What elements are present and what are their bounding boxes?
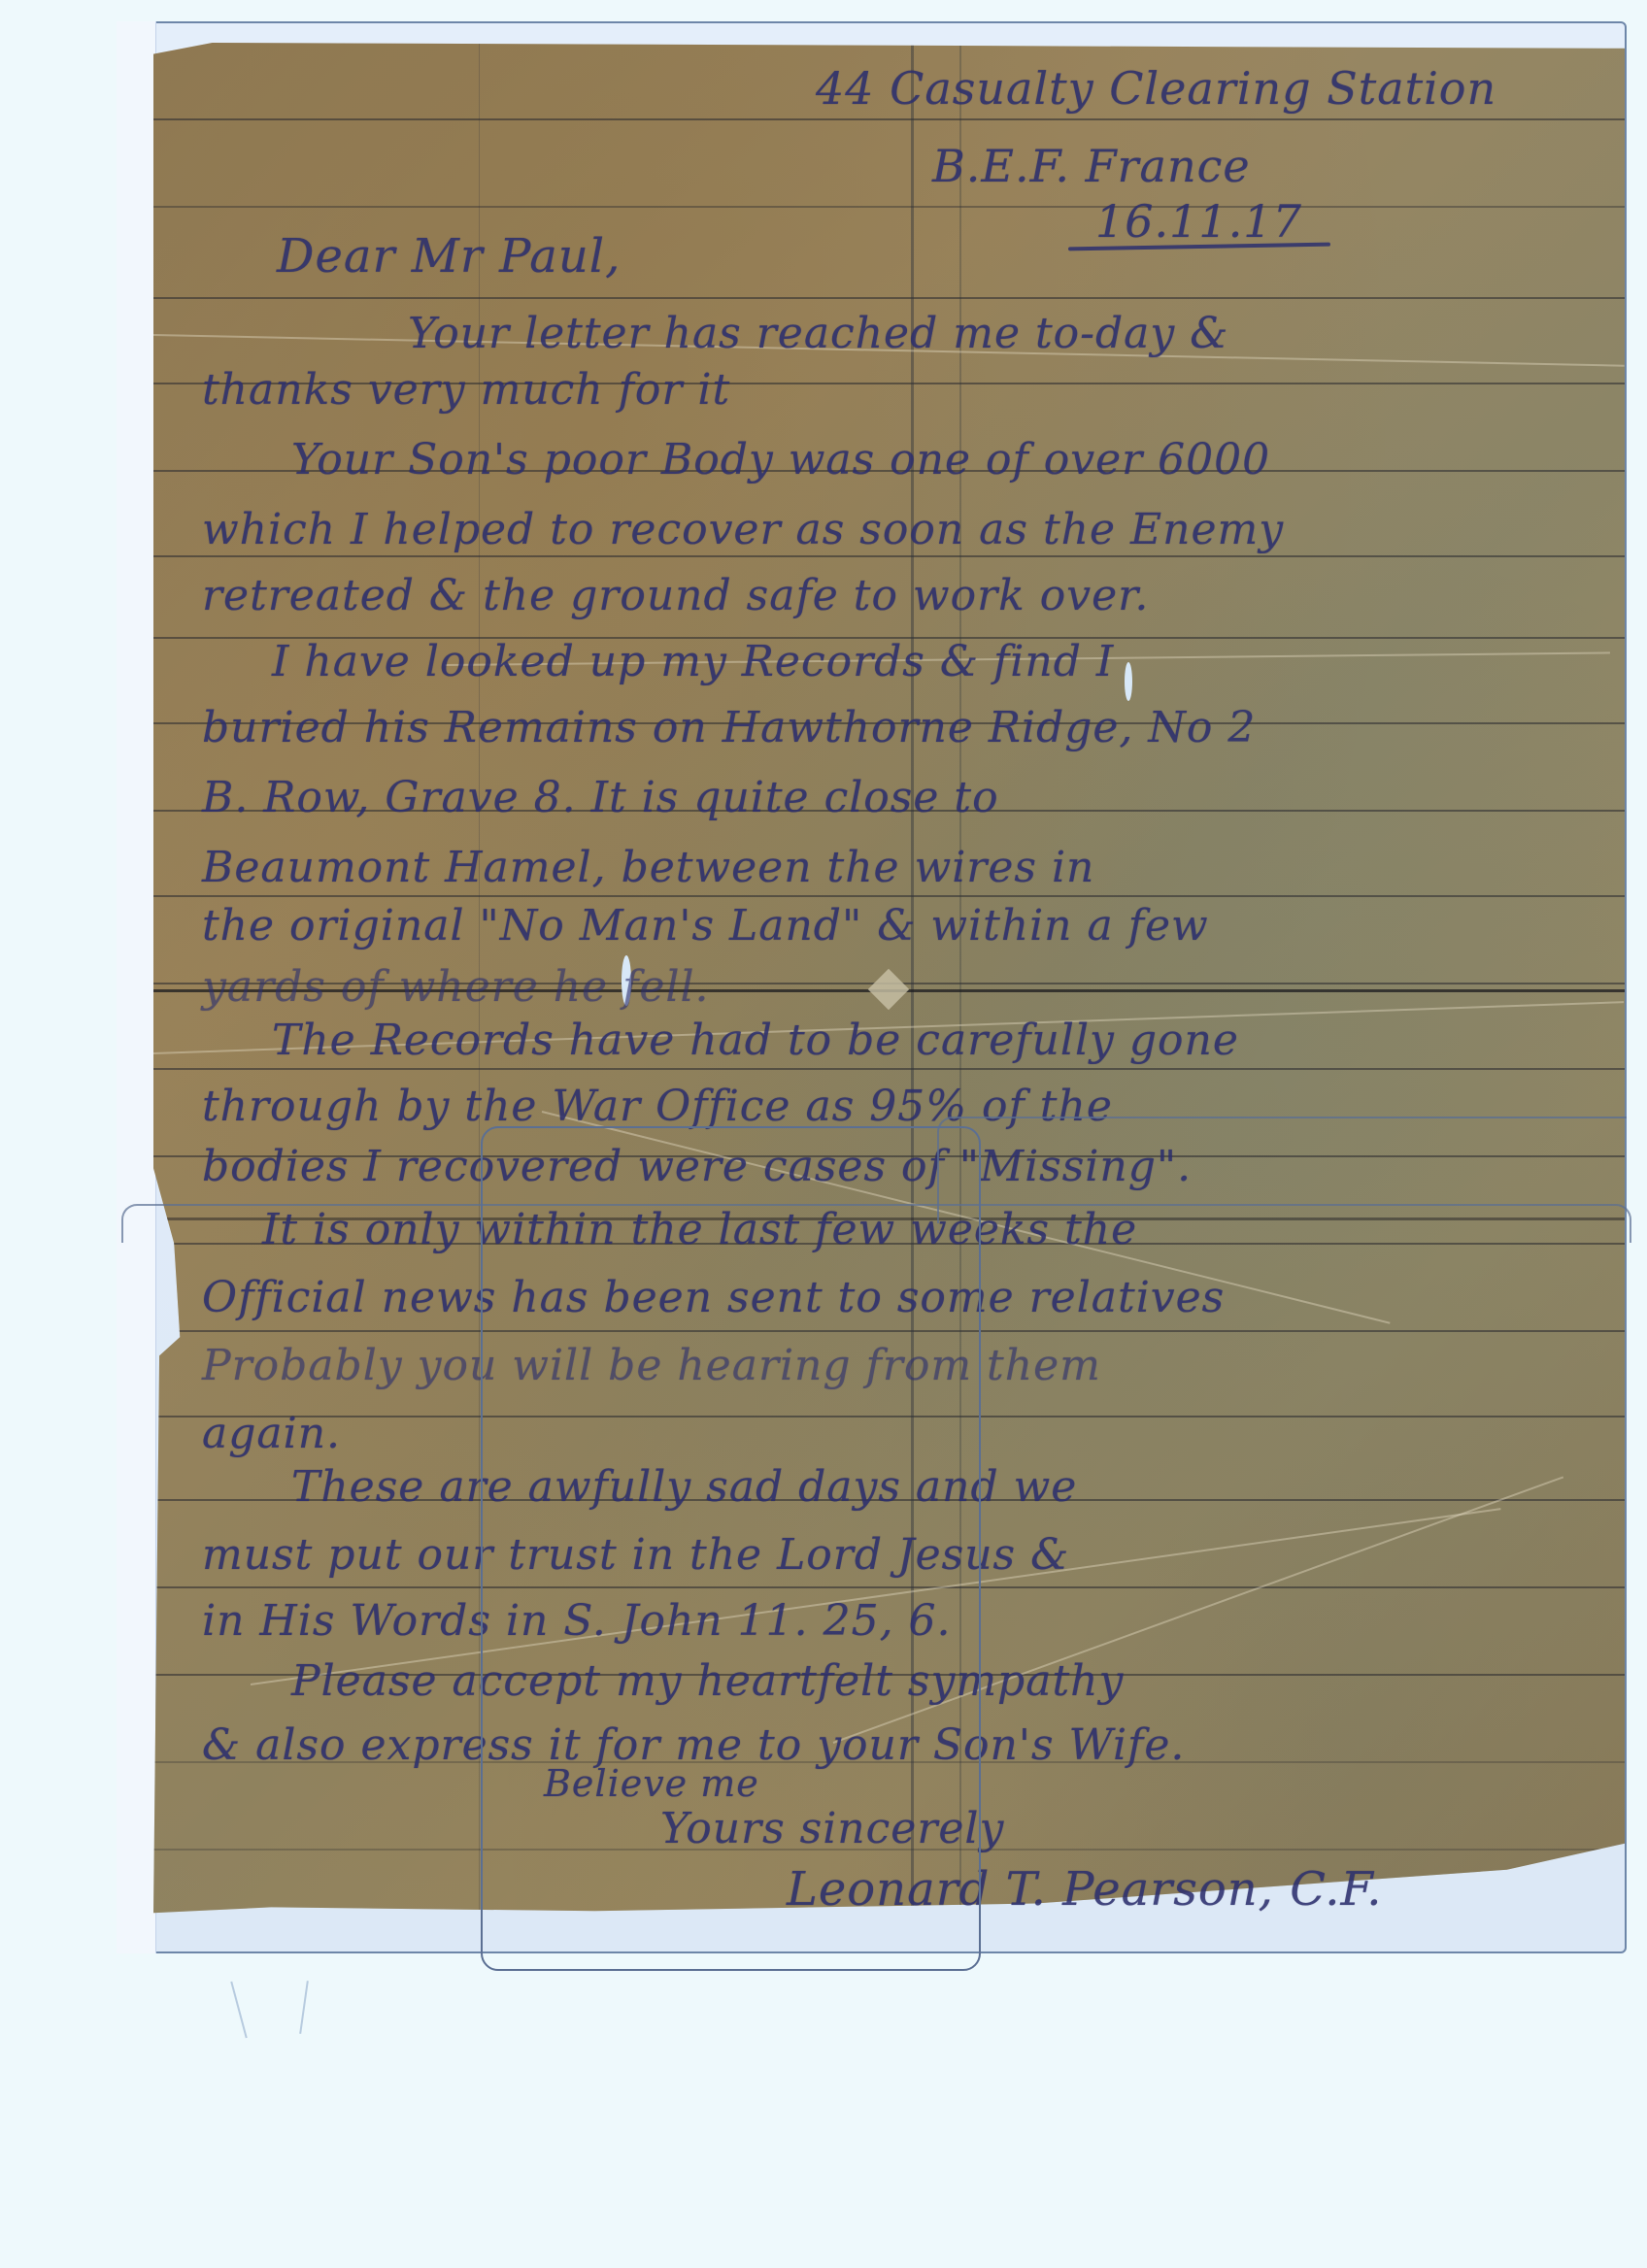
body-line: yards of where he fell.: [202, 966, 710, 1009]
closing-line: Believe me: [544, 1765, 759, 1802]
body-line: I have looked up my Records & find I: [272, 641, 1114, 684]
body-line: retreated & the ground safe to work over…: [202, 575, 1149, 617]
signature: Leonard T. Pearson, C.F.: [787, 1866, 1383, 1913]
header-unit: 44 Casualty Clearing Station: [816, 66, 1496, 111]
body-line: Your Son's poor Body was one of over 600…: [291, 439, 1270, 482]
body-line: the original "No Man's Land" & within a …: [202, 905, 1209, 948]
body-line: & also express it for me to your Son's W…: [202, 1724, 1185, 1767]
body-line: The Records have had to be carefully gon…: [272, 1019, 1239, 1062]
body-line: in His Words in S. John 11. 25, 6.: [202, 1600, 952, 1643]
body-line: Your letter has reached me to-day &: [408, 313, 1228, 355]
body-line: must put our trust in the Lord Jesus &: [202, 1534, 1069, 1577]
closing-line: Yours sincerely: [660, 1808, 1004, 1851]
body-line: Please accept my heartfelt sympathy: [291, 1660, 1124, 1703]
body-line: which I helped to recover as soon as the…: [202, 509, 1284, 551]
body-line: These are awfully sad days and we: [291, 1466, 1077, 1509]
body-line: B. Row, Grave 8. It is quite close to: [202, 777, 999, 819]
header-date: 16.11.17: [1095, 199, 1302, 244]
body-line: thanks very much for it: [202, 369, 730, 412]
sleeve-edge: [117, 21, 156, 1953]
body-line: Beaumont Hamel, between the wires in: [202, 847, 1094, 889]
body-line: buried his Remains on Hawthorne Ridge, N…: [202, 707, 1256, 750]
body-line: It is only within the last few weeks the: [262, 1209, 1137, 1251]
header-location: B.E.F. France: [932, 144, 1251, 188]
body-line: Official news has been sent to some rela…: [202, 1277, 1225, 1319]
body-line: again.: [202, 1413, 341, 1455]
body-line: Probably you will be hearing from them: [202, 1345, 1101, 1387]
salutation: Dear Mr Paul,: [277, 233, 621, 280]
body-line: bodies I recovered were cases of "Missin…: [202, 1146, 1192, 1188]
body-line: through by the War Office as 95% of the: [202, 1085, 1113, 1128]
scan-background: [0, 1953, 1647, 2268]
